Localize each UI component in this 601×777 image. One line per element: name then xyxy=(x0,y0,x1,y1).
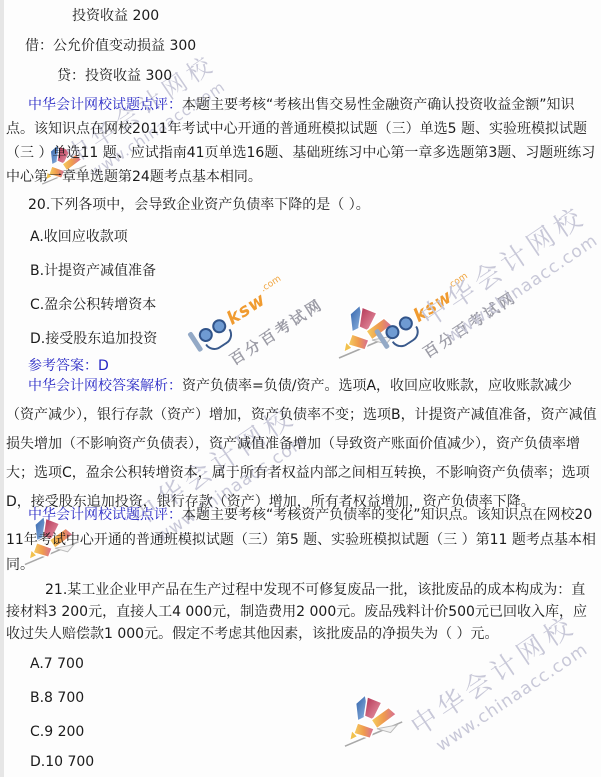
question-20-option-d: D.接受股东追加投资 xyxy=(30,328,157,348)
question-20-option-a: A.收回应收款项 xyxy=(30,226,128,246)
ksw-watermark-mid: ksw .com 百分百考试网 xyxy=(373,255,520,379)
ksw-eye-icon xyxy=(383,322,402,341)
document-page: 中华会计网校 www.chinaacc.com ksw .com 百分百考试网 … xyxy=(0,0,601,777)
watermark-site-name: 中华会计网校 xyxy=(411,195,592,335)
question-20-option-c: C.盈余公积转增资本 xyxy=(30,294,156,314)
ksw-logo-text: ksw xyxy=(223,288,270,329)
question-20-option-b: B.计提资产减值准备 xyxy=(30,260,156,280)
ksw-eye-icon xyxy=(210,317,229,336)
comment2-label: 中华会计网校试题点评： xyxy=(28,507,182,523)
question-21-option-d: D.10 700 xyxy=(30,754,94,770)
ksw-l-bar-icon xyxy=(374,328,390,349)
comment1-label: 中华会计网校试题点评： xyxy=(28,97,182,113)
ksw-l-bar-icon xyxy=(187,331,203,352)
question-21-stem: 21.某工业企业甲产品在生产过程中发现不可修复废品一批，该批废品的成本构成为：直… xyxy=(6,579,597,645)
ksw-site-name: 百分百考试网 xyxy=(419,286,521,362)
ksw-smile-icon xyxy=(205,329,236,355)
analysis-text: 资产负债率=负债/资产。选项A，收回应收账款，应收账款减少（资产减少），银行存款… xyxy=(6,378,597,510)
analysis-label: 中华会计网校答案解析： xyxy=(28,378,182,394)
question-21-option-b: B.8 700 xyxy=(30,690,84,706)
ksw-eye-icon xyxy=(396,314,415,333)
analysis-paragraph: 中华会计网校答案解析：资产负债率=负债/资产。选项A，收回应收账款，应收账款减少… xyxy=(6,372,597,517)
ksw-site-name: 百分百考试网 xyxy=(225,293,327,369)
journal-line-debit-fair-value-change: 借：公允价值变动损益 300 xyxy=(25,35,196,55)
question-21-option-a: A.7 700 xyxy=(30,656,84,672)
ksw-logo-text: ksw xyxy=(409,286,456,327)
watermark-site-url: www.chinaacc.com xyxy=(443,229,601,347)
watermark-chinaacc-mid-right: 中华会计网校 www.chinaacc.com xyxy=(411,195,601,353)
ksw-watermark-left: ksw .com 百分百考试网 xyxy=(187,262,328,381)
question-20-stem: 20.下列各项中，会导致企业资产负债率下降的是（ ）。 xyxy=(28,194,370,214)
page-left-edge xyxy=(0,0,4,777)
watermark-site-url: www.chinaacc.com xyxy=(433,638,595,756)
ksw-domain-text: .com xyxy=(446,271,470,291)
question-21-option-c: C.9 200 xyxy=(30,724,84,740)
journal-line-credit-investment-income-200: 投资收益 200 xyxy=(72,5,159,25)
journal-line-credit-investment-income-300: 贷：投资收益 300 xyxy=(57,65,172,85)
ksw-smile-icon xyxy=(392,326,423,352)
ksw-domain-text: .com xyxy=(259,274,283,294)
comment2-paragraph: 中华会计网校试题点评：本题主要考核“考核资产负债率的变化”知识点。该知识点在网校… xyxy=(6,503,597,578)
chinaacc-logo-icon xyxy=(342,688,410,752)
comment1-paragraph: 中华会计网校试题点评：本题主要考核“考核出售交易性金融资产确认投资收益金额”知识… xyxy=(6,93,597,189)
chinaacc-logo-icon xyxy=(336,298,406,364)
ksw-eye-icon xyxy=(196,325,215,344)
